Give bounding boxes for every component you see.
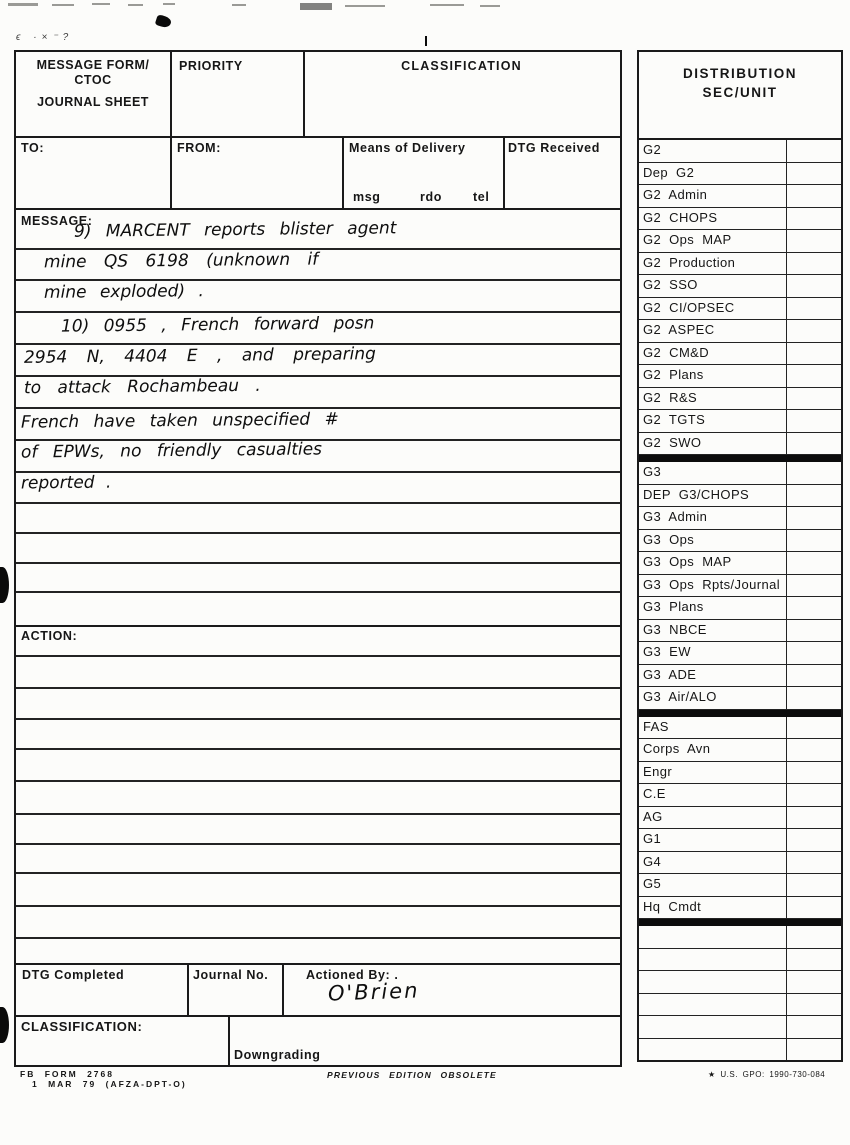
distribution-count-cell[interactable] (786, 597, 841, 619)
distribution-count-cell[interactable] (786, 994, 841, 1016)
distribution-row-label: C.E (639, 784, 786, 806)
distribution-row: G2 SWO (639, 433, 841, 456)
distribution-count-cell[interactable] (786, 140, 841, 162)
ruled-line (16, 591, 620, 593)
distribution-row-label: G3 Ops MAP (639, 552, 786, 574)
ruled-line (16, 843, 620, 845)
ruled-line (16, 311, 620, 313)
distribution-count-cell[interactable] (786, 926, 841, 948)
distribution-count-cell[interactable] (786, 163, 841, 185)
distribution-count-cell[interactable] (786, 365, 841, 387)
distribution-count-cell[interactable] (786, 687, 841, 709)
distribution-row-label (639, 971, 786, 993)
scan-artifact (92, 3, 110, 5)
ruled-line (16, 872, 620, 874)
distribution-count-cell[interactable] (786, 575, 841, 597)
divider (282, 963, 284, 1015)
distribution-count-cell[interactable] (786, 433, 841, 455)
ruled-line (16, 813, 620, 815)
distribution-count-cell[interactable] (786, 829, 841, 851)
ruled-line (16, 780, 620, 782)
message-line: to attack Rochambeau . (24, 376, 261, 398)
scan-artifact (430, 4, 464, 6)
distribution-row: Corps Avn (639, 739, 841, 762)
distribution-row-label: AG (639, 807, 786, 829)
distribution-row-label: G2 Production (639, 253, 786, 275)
dtg-received-label: DTG Received (508, 141, 600, 155)
ruled-line (16, 655, 620, 657)
distribution-row (639, 1039, 841, 1061)
binder-mark (0, 567, 9, 603)
distribution-row: G2 Ops MAP (639, 230, 841, 253)
distribution-row: G2 R&S (639, 388, 841, 411)
distribution-row: G3 Ops MAP (639, 552, 841, 575)
distribution-row: G3 Ops Rpts/Journal (639, 575, 841, 598)
distribution-row: G2 CI/OPSEC (639, 298, 841, 321)
distribution-row-label (639, 949, 786, 971)
message-line: 9) MARCENT reports blister agent (74, 218, 397, 241)
delivery-option-msg[interactable]: msg (353, 190, 381, 204)
distribution-table: DISTRIBUTION SEC/UNIT G2Dep G2G2 AdminG2… (637, 50, 843, 1062)
distribution-row-label: G3 Admin (639, 507, 786, 529)
distribution-row-label: G2 TGTS (639, 410, 786, 432)
distribution-row: C.E (639, 784, 841, 807)
distribution-count-cell[interactable] (786, 784, 841, 806)
distribution-row: G3 ADE (639, 665, 841, 688)
divider (503, 136, 505, 208)
ruled-line (16, 718, 620, 720)
scan-artifact (345, 5, 385, 7)
distribution-row-label: G2 CM&D (639, 343, 786, 365)
distribution-rows: G2Dep G2G2 AdminG2 CHOPSG2 Ops MAPG2 Pro… (639, 140, 841, 1060)
distribution-row-label: G4 (639, 852, 786, 874)
distribution-row-label: Dep G2 (639, 163, 786, 185)
distribution-row: G2 SSO (639, 275, 841, 298)
ruled-line (16, 905, 620, 907)
distribution-count-cell[interactable] (786, 739, 841, 761)
ruled-line (16, 375, 620, 377)
form-title-line: JOURNAL SHEET (16, 95, 170, 110)
distribution-row: G2 (639, 140, 841, 163)
classification-bottom-label: CLASSIFICATION: (21, 1019, 142, 1034)
distribution-row-label: G2 CHOPS (639, 208, 786, 230)
obsolete-note: PREVIOUS EDITION OBSOLETE (327, 1070, 497, 1080)
ruled-line (16, 407, 620, 409)
distribution-row-label: G2 Ops MAP (639, 230, 786, 252)
distribution-row: Dep G2 (639, 163, 841, 186)
scan-artifact (232, 4, 246, 6)
distribution-row: G3 EW (639, 642, 841, 665)
ruled-line (16, 748, 620, 750)
delivery-label: Means of Delivery (349, 141, 466, 155)
message-line: French have taken unspecified # (21, 409, 339, 432)
distribution-row (639, 949, 841, 972)
journal-sheet-page: ϵ ·×⁻? MESSAGE FORM/ CTOC JOURNAL SHEET … (0, 0, 850, 1145)
classification-label: CLASSIFICATION (303, 59, 620, 73)
distribution-row (639, 1016, 841, 1039)
distribution-row-label: G1 (639, 829, 786, 851)
distribution-row (639, 926, 841, 949)
message-line: 10) 0955 , French forward posn (61, 313, 375, 336)
distribution-row-label: G3 NBCE (639, 620, 786, 642)
message-line: mine exploded) . (44, 281, 204, 303)
divider (16, 1015, 620, 1017)
distribution-count-cell[interactable] (786, 410, 841, 432)
group-divider (639, 455, 841, 462)
distribution-row-label: G2 ASPEC (639, 320, 786, 342)
distribution-row-label: Engr (639, 762, 786, 784)
delivery-option-tel[interactable]: tel (473, 190, 489, 204)
ruled-line (16, 279, 620, 281)
distribution-row-label: G3 (639, 462, 786, 484)
distribution-row: AG (639, 807, 841, 830)
ruled-line (16, 562, 620, 564)
distribution-row: G3 Plans (639, 597, 841, 620)
distribution-row: G3 Admin (639, 507, 841, 530)
scan-artifact (300, 3, 332, 10)
distribution-row: G2 Production (639, 253, 841, 276)
message-line: of EPWs, no friendly casualties (21, 439, 322, 462)
distribution-count-cell[interactable] (786, 642, 841, 664)
distribution-row-label: G3 Ops Rpts/Journal (639, 575, 786, 597)
distribution-count-cell[interactable] (786, 530, 841, 552)
action-label: ACTION: (21, 629, 77, 643)
distribution-row: G2 CM&D (639, 343, 841, 366)
distribution-row: G3 (639, 462, 841, 485)
distribution-count-cell[interactable] (786, 665, 841, 687)
tick-mark (425, 36, 427, 46)
divider (16, 208, 620, 210)
priority-label: PRIORITY (179, 59, 243, 73)
distribution-count-cell[interactable] (786, 762, 841, 784)
divider (170, 52, 172, 208)
divider (228, 1015, 230, 1065)
divider (16, 963, 620, 965)
scan-artifact (8, 3, 38, 6)
distribution-row: G2 Plans (639, 365, 841, 388)
distribution-row-label: G2 (639, 140, 786, 162)
distribution-row-label (639, 1016, 786, 1038)
distribution-row: G3 NBCE (639, 620, 841, 643)
distribution-row-label: G2 SSO (639, 275, 786, 297)
distribution-count-cell[interactable] (786, 874, 841, 896)
distribution-row-label: DEP G3/CHOPS (639, 485, 786, 507)
ruled-line (16, 687, 620, 689)
distribution-count-cell[interactable] (786, 275, 841, 297)
delivery-option-rdo[interactable]: rdo (420, 190, 442, 204)
distribution-row: DEP G3/CHOPS (639, 485, 841, 508)
group-divider (639, 710, 841, 717)
ruled-line (16, 937, 620, 939)
distribution-count-cell[interactable] (786, 717, 841, 739)
gpo-note: ★ U.S. GPO: 1990-730-084 (708, 1070, 825, 1079)
form-title: MESSAGE FORM/ CTOC JOURNAL SHEET (16, 58, 170, 110)
distribution-count-cell[interactable] (786, 1016, 841, 1038)
distribution-row-label: Hq Cmdt (639, 897, 786, 919)
distribution-count-cell[interactable] (786, 807, 841, 829)
distribution-row-label: G2 Admin (639, 185, 786, 207)
dtg-completed-label: DTG Completed (22, 968, 124, 982)
divider (342, 136, 344, 208)
form-title-line: MESSAGE FORM/ (16, 58, 170, 73)
form-date: 1 MAR 79 (AFZA-DPT-O) (32, 1079, 187, 1089)
distribution-row-label (639, 926, 786, 948)
divider (16, 625, 620, 627)
distribution-row-label: FAS (639, 717, 786, 739)
ruled-line (16, 532, 620, 534)
distribution-row: G2 CHOPS (639, 208, 841, 231)
pen-mark (155, 14, 173, 29)
message-form: MESSAGE FORM/ CTOC JOURNAL SHEET PRIORIT… (14, 50, 622, 1067)
distribution-count-cell[interactable] (786, 485, 841, 507)
distribution-count-cell[interactable] (786, 1039, 841, 1061)
ruled-line (16, 502, 620, 504)
distribution-header-line: DISTRIBUTION (639, 64, 841, 83)
distribution-count-cell[interactable] (786, 897, 841, 919)
actioned-by-signature: O'Brien (328, 978, 420, 1005)
distribution-row: G3 Ops (639, 530, 841, 553)
distribution-row: FAS (639, 717, 841, 740)
distribution-row: G5 (639, 874, 841, 897)
distribution-count-cell[interactable] (786, 971, 841, 993)
distribution-row: G2 TGTS (639, 410, 841, 433)
distribution-count-cell[interactable] (786, 253, 841, 275)
scan-artifact (480, 5, 500, 7)
distribution-row: G3 Air/ALO (639, 687, 841, 710)
scan-artifact (52, 4, 74, 6)
divider (16, 136, 620, 138)
form-number: FB FORM 2768 (20, 1069, 114, 1079)
distribution-row (639, 971, 841, 994)
from-label: FROM: (177, 141, 221, 155)
distribution-row-label: Corps Avn (639, 739, 786, 761)
binder-mark (0, 1007, 9, 1043)
distribution-row-label: G2 Plans (639, 365, 786, 387)
distribution-row-label: G3 ADE (639, 665, 786, 687)
form-title-line: CTOC (16, 73, 170, 88)
distribution-header-line: SEC/UNIT (639, 83, 841, 102)
distribution-row: Engr (639, 762, 841, 785)
distribution-row: G4 (639, 852, 841, 875)
distribution-row-label: G2 R&S (639, 388, 786, 410)
distribution-count-cell[interactable] (786, 852, 841, 874)
divider (187, 963, 189, 1015)
distribution-row-label: G2 CI/OPSEC (639, 298, 786, 320)
distribution-row (639, 994, 841, 1017)
downgrading-label: Downgrading (234, 1048, 320, 1062)
distribution-row-label: G3 Air/ALO (639, 687, 786, 709)
distribution-row-label: G5 (639, 874, 786, 896)
distribution-row-label (639, 1039, 786, 1061)
distribution-row-label: G2 SWO (639, 433, 786, 455)
distribution-row-label: G3 Ops (639, 530, 786, 552)
distribution-count-cell[interactable] (786, 949, 841, 971)
distribution-count-cell[interactable] (786, 343, 841, 365)
journal-no-label: Journal No. (193, 968, 268, 982)
distribution-count-cell[interactable] (786, 620, 841, 642)
distribution-row-label (639, 994, 786, 1016)
scan-artifact (163, 3, 175, 5)
distribution-count-cell[interactable] (786, 208, 841, 230)
pencil-scribble: ϵ ·×⁻? (16, 32, 73, 43)
distribution-row: G2 ASPEC (639, 320, 841, 343)
distribution-count-cell[interactable] (786, 388, 841, 410)
message-line: 2954 N, 4404 E , and preparing (24, 344, 376, 368)
distribution-header: DISTRIBUTION SEC/UNIT (639, 64, 841, 102)
distribution-row-label: G3 Plans (639, 597, 786, 619)
distribution-row: Hq Cmdt (639, 897, 841, 920)
group-divider (639, 919, 841, 926)
distribution-row: G1 (639, 829, 841, 852)
message-line: reported . (21, 473, 112, 494)
distribution-count-cell[interactable] (786, 230, 841, 252)
distribution-row: G2 Admin (639, 185, 841, 208)
distribution-count-cell[interactable] (786, 185, 841, 207)
distribution-count-cell[interactable] (786, 552, 841, 574)
distribution-count-cell[interactable] (786, 507, 841, 529)
scan-artifact (128, 4, 143, 6)
message-line: mine QS 6198 (unknown if (44, 250, 318, 273)
distribution-count-cell[interactable] (786, 462, 841, 484)
to-label: TO: (21, 141, 44, 155)
distribution-count-cell[interactable] (786, 320, 841, 342)
distribution-count-cell[interactable] (786, 298, 841, 320)
distribution-row-label: G3 EW (639, 642, 786, 664)
